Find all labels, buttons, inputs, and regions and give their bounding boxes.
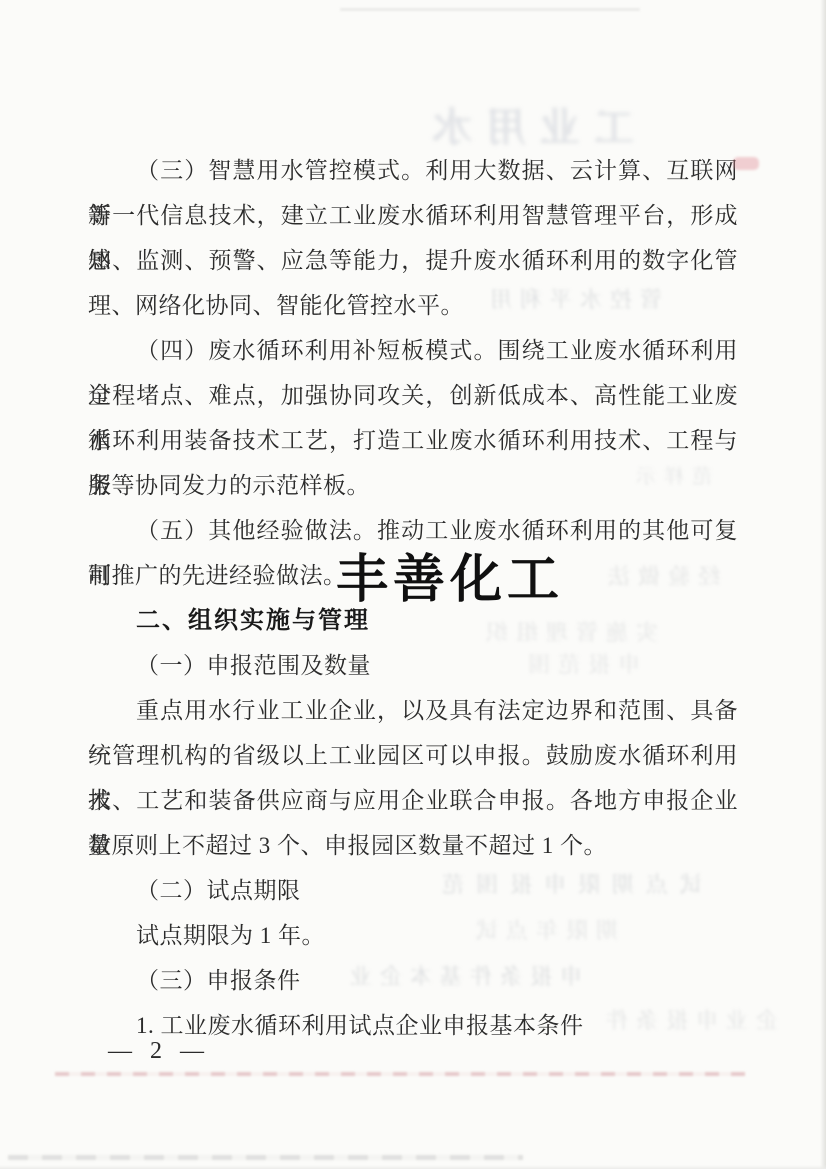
body-line: 量原则上不超过 3 个、申报园区数量不超过 1 个。 [88,823,738,868]
body-line: 过程堵点、难点，加强协同攻关，创新低成本、高性能工业废水 [88,373,738,418]
subsection-heading: （三）申报条件 [88,958,738,1003]
subsection-heading: （一）申报范围及数量 [88,643,738,688]
scan-edge-shadow [820,0,826,1169]
body-line: 循环利用装备技术工艺，打造工业废水循环利用技术、工程与服 [88,418,738,463]
scanned-document-page: 工业用水 管控水平利用 范样示 经验做法 实施管理组织 申报范围 试点期限申报围… [0,0,826,1169]
body-line: 知、监测、预警、应急等能力，提升废水循环利用的数字化管 [88,238,738,283]
watermark-stamp: 丰善化工 [336,552,564,609]
body-line: 试点期限为 1 年。 [88,913,738,958]
body-line: 理、网络化协同、智能化管控水平。 [88,283,738,328]
bleed-through-text: 工业用水 [418,96,634,153]
body-line: 重点用水行业工业企业，以及具有法定边界和范围、具备统 [88,688,738,733]
body-line: 务等协同发力的示范样板。 [88,463,738,508]
body-line: 新一代信息技术，建立工业废水循环利用智慧管理平台，形成感 [88,193,738,238]
body-line: （五）其他经验做法。推动工业废水循环利用的其他可复制 [88,508,738,553]
subsection-heading: （二）试点期限 [88,868,738,913]
body-line: 一管理机构的省级以上工业园区可以申报。鼓励废水循环利用技 [88,733,738,778]
body-line: （四）废水循环利用补短板模式。围绕工业废水循环利用全 [88,328,738,373]
body-line: （三）智慧用水管控模式。利用大数据、云计算、互联网等 [88,148,738,193]
scan-streak [55,1072,745,1076]
scan-streak [340,8,640,11]
scan-streak [8,1155,523,1160]
page-number: — 2 — [108,1038,210,1065]
scan-edge-shadow [0,1165,826,1169]
body-line: 术、工艺和装备供应商与应用企业联合申报。各地方申报企业数 [88,778,738,823]
